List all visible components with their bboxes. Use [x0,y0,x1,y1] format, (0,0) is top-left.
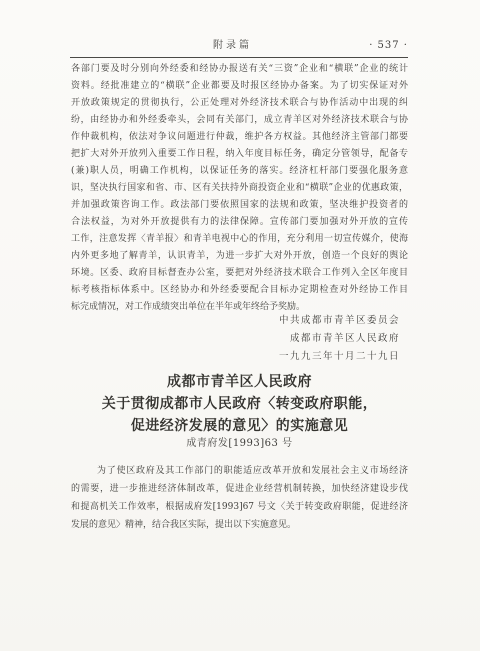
running-header: 附录篇 · 537 · [71,39,408,53]
signature-block: 中共成都市青羊区委员会成都市青羊区人民政府一九九三年十月二十九日 [279,312,400,366]
text-line: 和提高机关工作效率，根据成府发[1993]67 号文〈关于转变政府职能，促进经济 [71,498,408,516]
text-line: 纷，由经协办和外经委牵头，会同有关部门，成立青羊区对外经济技术联合与协 [71,112,408,129]
text-line: (兼)职人员，明确工作机构，以保证任务的落实。经济杠杆部门要强化服务意 [71,163,408,180]
scanned-document-page: 附录篇 · 537 · 各部门要及时分别向外经委和经协办报送有关“三资”企业和“… [0,0,480,651]
header-section-title: 附录篇 [71,39,408,53]
text-line: 并加强政策咨询工作。政法部门要依照国家的法规和政策，坚决维护投资者的 [71,197,408,214]
document-title-line: 关于贯彻成都市人民政府〈转变政府职能， [71,393,408,415]
text-line: 环境。区委、政府目标督查办公室，要把对外经济技术联合工作列入全区年度目 [71,265,408,282]
text-line: 各部门要及时分别向外经委和经协办报送有关“三资”企业和“横联”企业的统计 [71,61,408,78]
text-line: 资料。经批准建立的“横联”企业都要及时报区经协办备案。为了切实保证对外 [71,78,408,95]
document-title-line: 成都市青羊区人民政府 [71,371,408,393]
text-line: 标考核指标体系中。区经协办和外经委要配合目标办定期检查对外经协工作目 [71,282,408,299]
header-rule [70,57,408,58]
text-line: 识，坚决执行国家和省、市、区有关扶持外商投资企业和“横联”企业的优惠政策， [71,180,408,197]
document-title: 成都市青羊区人民政府关于贯彻成都市人民政府〈转变政府职能，促进经济发展的意见〉的… [71,371,408,437]
text-line: 作仲裁机构，依法对争议问题进行仲裁，维护各方权益。其他经济主管部门都要 [71,129,408,146]
document-title-line: 促进经济发展的意见〉的实施意见 [71,415,408,437]
text-line: 内外更多地了解青羊，认识青羊，为进一步扩大对外开放，创造一个良好的舆论 [71,248,408,265]
text-line: 工作，注意发挥〈青羊报〉和青羊电视中心的作用，充分利用一切宣传媒介，使海 [71,231,408,248]
signature-line: 一九九三年十月二十九日 [279,348,400,366]
document-number: 成青府发[1993]63 号 [71,437,408,450]
text-line: 开放政策规定的贯彻执行，公正处理对外经济技术联合与协作活动中出现的纠 [71,95,408,112]
signature-line: 中共成都市青羊区委员会 [279,312,400,330]
text-line: 把扩大对外开放列入重要工作日程，纳入年度目标任务，确定分管领导，配备专 [71,146,408,163]
text-line: 合法权益，为对外开放提供有力的法律保障。宣传部门要加强对外开放的宣传 [71,214,408,231]
header-page-number: · 537 · [369,39,408,53]
text-line: 发展的意见〉精神，结合我区实际，提出以下实施意见。 [71,516,408,534]
opening-paragraph: 为了使区政府及其工作部门的职能适应改革开放和发展社会主义市场经济的需要，进一步推… [71,462,408,534]
continuation-paragraph: 各部门要及时分别向外经委和经协办报送有关“三资”企业和“横联”企业的统计资料。经… [71,61,408,316]
text-line: 的需要，进一步推进经济体制改革，促进企业经营机制转换，加快经济建设步伐 [71,480,408,498]
text-line: 为了使区政府及其工作部门的职能适应改革开放和发展社会主义市场经济 [71,462,408,480]
signature-line: 成都市青羊区人民政府 [279,330,400,348]
